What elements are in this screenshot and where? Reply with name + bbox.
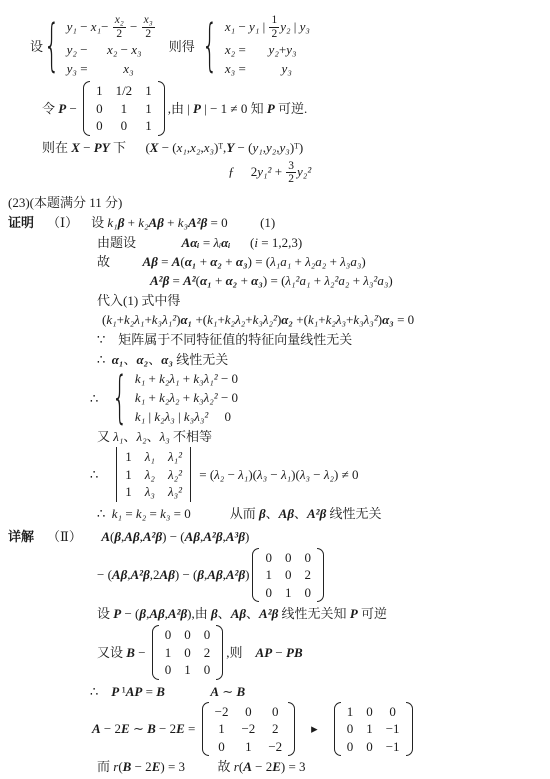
math-variable: β [259,506,266,521]
math-variable: α₁ [180,312,192,327]
math-variable: k₃ [253,312,263,327]
math-variable: E [121,721,130,736]
math-variable: x₂ [115,14,124,26]
math-variable: α₃ [236,254,248,269]
system-line: x₃ = y₃ [225,60,310,78]
matrix-cell: 0 [347,720,354,738]
math-variable: λ₂ [145,467,155,482]
fraction: x₂2 [113,14,126,40]
math-variable: λ₂ [235,312,245,327]
matrix-cell: 1 [145,100,152,118]
rank-matrices-row: A − 2E ∼ B − 2E = −2001−2201−2 ▸ 10001−1… [4,702,546,757]
matrix-cell: −2 [268,738,282,756]
math-variable: y₂ [280,18,290,36]
math-text: 又设 B − [97,644,149,661]
math-variable: B [236,684,245,699]
transform-statement-row: 则在 X − PY 下 (X − (x₁,x₂,x₃)ᵀ,Y − (y₁,y₂,… [4,139,546,156]
math-text: 由题设 Aαᵢ = λᵢαᵢ (i = 1,2,3) [97,234,302,251]
math-variable: k₁ [207,312,217,327]
matrix-cell: 0 [386,703,400,721]
math-variable: x₃ [144,14,153,26]
math-variable: k₁ [308,312,318,327]
math-variable: B [123,759,132,774]
determinant: 1λ₁λ₁²1λ₂λ₂²1λ₃λ₃² [114,447,193,502]
math-variable: x₂ [225,41,235,59]
math-variable: α₃ [161,352,173,367]
math-variable: x₃ [123,60,133,78]
math-variable: λ₃ [336,312,346,327]
math-variable: A [101,529,110,544]
math-text: 又 λ₁、λ₂、λ₃ 不相等 [97,428,212,445]
math-variable: β [193,529,200,544]
math-variable: k₁ [106,312,116,327]
math-variable: αᵢ [190,235,199,250]
math-variable: α₁ [185,254,197,269]
matrix-cell: 0 [304,549,311,567]
matrix-cell: 0 [268,703,282,721]
matrix-cell: 0 [285,566,292,584]
proof-part1-row: 证明 （Ⅰ） 设 k₁β + k₂Aβ + k₃A²β = 0 (1) [4,214,546,231]
math-variable: λ₃² [194,408,208,426]
math-variable: x₃ [204,140,214,155]
math-variable: k₁ [107,215,117,230]
math-variable: a₃ [377,273,388,288]
matrix-cell: 1/2 [116,82,133,100]
matrix-cell: 0 [204,661,211,679]
math-variable: β [216,529,223,544]
math-variable: λ₁ [238,467,248,482]
matrix-cell: 0 [265,549,272,567]
math-variable: X [71,140,80,155]
fraction-numerator: 1 [269,14,279,28]
k-system-row: ∴ {k₁ + k₂λ₁ + k₃λ₁² − 0k₁ + k₂λ₂ + k₃λ₂… [4,370,546,426]
math-variable: λ₃ [300,467,310,482]
combined-equation-row: (k₁+k₂λ₁+k₃λ₁²)α₁ +(k₁+k₂λ₂+k₃λ₂²)α₂ +(k… [4,311,546,328]
system-line: k₁ + k₂λ₂ + k₃λ₂² − 0 [135,389,238,407]
document-page: 设{y₁ − x₁− x₂2 − x₃2y₂ − x₂ − x₃y₃ = x₃ … [0,0,550,775]
matrix-cell: −1 [386,738,400,756]
matrix-cell: 0 [347,738,354,756]
matrix-cell: 0 [265,584,272,602]
math-text: 令 P − [42,100,80,117]
math-variable: x₃ [131,41,141,59]
matrix-grid: 11/21011001 [90,81,158,136]
matrix-cell: 0 [184,626,191,644]
math-variable: P [113,606,121,621]
matrix-paren-right [216,625,223,680]
math-variable: β [155,529,162,544]
matrix-paren-left [252,548,259,603]
determinant-bar-right [190,447,191,502]
matrix-cell: −1 [386,720,400,738]
math-variable: A [185,529,194,544]
a2-beta-row: A²β = A²(α₁ + α₂ + α₃) = (λ₁²a₁ + λ₂²a₂ … [4,272,546,289]
math-variable: A² [203,529,216,544]
fraction-numerator: x₃ [142,14,155,28]
math-variable: A [279,506,288,521]
substitution-systems-row: 设{y₁ − x₁− x₂2 − x₃2y₂ − x₂ − x₃y₃ = x₃ … [4,14,546,78]
equation-system: {y₁ − x₁− x₂2 − x₃2y₂ − x₂ − x₃y₃ = x₃ [43,14,156,78]
solution-part2-row: 详解 （Ⅱ） A(β,Aβ,A²β) − (Aβ,A²β,A³β) [4,528,546,545]
system-rows: x₁ − y₁ | 12y₂ | y₃x₂ = y₂+y₃x₃ = y₃ [221,14,310,78]
math-variable: r [113,759,118,774]
matrix-cell: 1 [165,644,172,662]
matrix-cell: 1 [184,661,191,679]
system-brace: { [44,18,60,74]
math-variable: x₃ [225,60,235,78]
matrix-cell: 0 [215,738,229,756]
matrix-product-row: − (Aβ,A²β,2Aβ) − (β,Aβ,A²β)000102010 [4,548,546,603]
matrix-paren-right [288,702,295,757]
math-text: 则得 [156,38,202,55]
matrix-cell: 1 [366,720,373,738]
math-variable: B [156,684,165,699]
math-variable: k₂ [159,370,169,388]
math-variable: B [147,721,156,736]
math-variable: α₂ [226,273,238,288]
math-text: = (λ₂ − λ₁)(λ₃ − λ₁)(λ₃ − λ₂) ≠ 0 [196,466,358,483]
math-variable: k₁ [135,408,145,426]
math-variable: k₂ [154,408,164,426]
matrix-grid: 000102010 [159,625,217,680]
math-variable: k₃ [193,389,203,407]
math-variable: λ₂ [169,389,179,407]
math-variable: k₁ [135,389,145,407]
math-variable: λ₃ [340,254,350,269]
math-variable: α₁ [200,273,212,288]
math-variable: α₃ [382,312,394,327]
math-variable: β [238,567,245,582]
math-variable: A [207,567,216,582]
math-variable: k₂ [159,389,169,407]
math-variable: λᵢ [213,235,221,250]
math-variable: λ₃ [257,467,267,482]
math-variable: k₁ [135,370,145,388]
math-variable: A [149,215,158,230]
system-line: k₁ + k₂λ₁ + k₃λ₁² − 0 [135,370,238,388]
math-variable: β [133,529,140,544]
lambda-distinct-row: 又 λ₁、λ₂、λ₃ 不相等 [4,428,546,445]
system-line: x₁ − y₁ | 12y₂ | y₃ [225,14,310,40]
matrix-cell: 0 [165,661,172,679]
matrix-cell: 0 [96,117,103,135]
math-variable: λ₂ [214,467,224,482]
determinant-cell: λ₃ [145,483,155,501]
matrix: 11/21011001 [83,81,165,136]
math-variable: β [168,567,175,582]
math-variable: β [320,506,327,521]
matrix-paren-left [202,702,209,757]
math-variable: α₂ [210,254,222,269]
math-variable: A² [168,606,181,621]
fraction-denominator: 2 [286,173,296,186]
math-variable: β [180,606,187,621]
math-variable: y₂ [67,41,77,59]
math-variable: λ₁ [113,429,123,444]
math-variable: β [201,215,208,230]
matrix-cell: 0 [366,703,373,721]
math-variable: A [124,529,133,544]
math-text: （Ⅱ） A(β,Aβ,A²β) − (Aβ,A²β,A³β) [34,528,249,545]
math-text: 证明 [8,214,34,231]
determinant-cell: λ₁ [145,448,155,466]
math-variable: k₂ [326,312,336,327]
system-rows: y₁ − x₁− x₂2 − x₃2y₂ − x₂ − x₃y₃ = x₃ [63,14,156,78]
math-variable: A³ [226,529,239,544]
math-variable: A² [307,506,320,521]
math-variable: A² [259,606,272,621]
system-line: y₁ − x₁− x₂2 − x₃2 [67,14,156,40]
matrix-grid: −2001−2201−2 [209,702,289,757]
determinant-cell: λ₂ [145,466,155,484]
math-variable: αᵢ [221,235,230,250]
math-text: 详解 [8,528,34,545]
math-variable: β [151,254,158,269]
math-variable: A [172,254,181,269]
matrix-cell: 1 [145,82,152,100]
matrix-cell: 1 [145,117,152,135]
math-variable: α₂ [281,312,293,327]
math-variable: β [121,567,128,582]
math-text: 则在 X − PY 下 (X − (x₁,x₂,x₃)ᵀ,Y − (y₁,y₂,… [42,139,303,156]
math-variable: λ₁² [162,312,176,327]
system-brace: { [202,18,218,74]
math-text: 而 r(B − 2E) = 3 故 r(A − 2E) = 3 [97,758,306,775]
math-variable: λ₃² [168,484,182,499]
k-zero-conclusion-row: ∴ k₁ = k₂ = k₃ = 0 从而 β、Aβ、A²β 线性无关 [4,505,546,522]
math-variable: P [58,101,66,116]
math-variable: A [182,235,191,250]
fraction: 12 [269,14,279,40]
substitute-into-1-row: 代入(1) 式中得 [4,292,546,309]
fraction-denominator: 2 [114,28,124,41]
math-variable: λ₁² [168,449,182,464]
matrix-cell: 0 [184,644,191,662]
math-variable: k₂ [225,312,235,327]
math-variable: A [256,645,265,660]
math-variable: β [197,567,204,582]
quadratic-form-result-row: ƒ 2y₁² + 32y₂² [4,160,546,186]
matrix-cell: 0 [285,549,292,567]
math-variable: α₂ [137,352,149,367]
math-text: 代入(1) 式中得 [97,292,180,309]
math-variable: y₃ [286,41,296,59]
system-brace: { [112,370,128,426]
math-variable: A² [131,567,144,582]
math-text: A²β = A²(α₁ + α₂ + α₃) = (λ₁²a₁ + λ₂²a₂ … [150,272,393,289]
math-variable: P [94,140,102,155]
math-variable: A² [183,273,196,288]
math-text: ∴ k₁ = k₂ = k₃ = 0 从而 β、Aβ、A²β 线性无关 [97,505,382,522]
math-text: A − 2E ∼ B − 2E = [92,720,199,737]
matrix-cell: 0 [304,584,311,602]
math-variable: k₂ [124,312,134,327]
math-text: （Ⅰ） 设 k₁β + k₂Aβ + k₃A²β = 0 (1) [34,214,275,231]
math-variable: β [211,606,218,621]
math-variable: y₁ [249,18,259,36]
math-variable: y₃ [67,60,77,78]
math-variable: E [152,759,161,774]
math-variable: λ₂ [136,429,146,444]
math-variable: λ₂² [324,273,338,288]
matrix-cell: 0 [96,100,103,118]
therefore-alpha-row: ∴ α₁、α₂、α₃ 线性无关 [4,351,546,368]
math-variable: a₁ [299,273,310,288]
matrix-paren-right [158,81,165,136]
a-beta-row: 故 Aβ = A(α₁ + α₂ + α₃) = (λ₁a₁ + λ₂a₂ + … [4,253,546,270]
math-variable: A [143,254,152,269]
math-variable: i [254,235,258,250]
math-text: ∵ 矩阵属于不同特征值的特征向量线性无关 [97,331,352,348]
math-variable: E [176,721,185,736]
math-variable: x₂ [190,140,200,155]
vandermonde-determinant-row: ∴ 1λ₁λ₁²1λ₂λ₂²1λ₃λ₃² = (λ₂ − λ₁)(λ₃ − λ₁… [4,447,546,502]
math-variable: B [294,645,303,660]
math-variable: λ₂² [204,389,218,407]
math-variable: y₃ [282,60,292,78]
matrix-paren-left [152,625,159,680]
math-variable: λ₁ [281,467,291,482]
math-variable: y₁ [67,18,77,36]
math-variable: λ₁² [204,370,218,388]
math-variable: λ₂ [305,254,315,269]
math-variable: λ₂² [168,467,182,482]
math-variable: λ₃² [364,312,378,327]
matrix-paren-right [317,548,324,603]
problem-23-header-row: (23)(本题满分 11 分) [4,194,546,211]
matrix-cell: 0 [366,738,373,756]
determinant-cell: λ₂² [168,466,182,484]
math-variable: β [216,567,223,582]
math-text: − (Aβ,A²β,2Aβ) − (β,Aβ,A²β) [97,566,249,583]
determinant-cell: 1 [125,466,132,484]
math-variable: y₃ [280,140,290,155]
math-variable: a₂ [338,273,349,288]
math-variable: k₂ [138,215,148,230]
math-variable: β [239,606,246,621]
math-variable: A² [150,273,163,288]
determinant-grid: 1λ₁λ₁²1λ₂λ₂²1λ₃λ₃² [119,447,188,502]
determinant-cell: λ₃² [168,483,182,501]
math-variable: P [350,606,358,621]
p-invertible-row: 设 P − (β,Aβ,A²β),由 β、Aβ、A²β 线性无关知 P 可逆 [4,605,546,622]
math-variable: a₃ [350,254,361,269]
because-row: ∵ 矩阵属于不同特征值的特征向量线性无关 [4,331,546,348]
math-variable: y₂ [266,140,276,155]
math-variable: P [193,101,201,116]
math-variable: λ₂² [263,312,277,327]
matrix-cell: 2 [204,644,211,662]
math-variable: λ₁ [169,370,179,388]
math-text: ∴ [90,390,111,407]
b-definition-row: 又设 B − 000102010,则 AP − PB [4,625,546,680]
determinant-cell: λ₁² [168,448,182,466]
matrix-cell: 1 [241,738,255,756]
math-variable: P [134,684,142,699]
matrix-paren-left [83,81,90,136]
matrix-cell: 1 [215,720,229,738]
math-variable: A [149,606,158,621]
math-variable: k₃ [184,408,194,426]
matrix-cell: −2 [215,703,229,721]
math-variable: λ₃ [165,408,175,426]
matrix-cell: 2 [304,566,311,584]
math-variable: k₃ [193,370,203,388]
matrix-cell: 1 [116,100,133,118]
math-variable: P [264,645,272,660]
math-variable: a₂ [315,254,326,269]
math-variable: β [287,506,294,521]
math-text: ∴ P ¹AP = B A ∼ B [90,683,245,700]
math-variable: x₁ [225,18,235,36]
math-variable: A [112,567,121,582]
math-variable: β [272,606,279,621]
math-variable: λ₁ [145,449,155,464]
math-variable: λ₁ [134,312,144,327]
math-variable: x₂ [107,41,117,59]
matrix-grid: 000102010 [259,548,317,603]
fraction-numerator: 3 [286,160,296,174]
matrix: 000102010 [252,548,324,603]
math-variable: A² [188,215,201,230]
similarity-row: ∴ P ¹AP = B A ∼ B [4,683,546,700]
math-variable: y₂² [297,164,311,179]
matrix-cell: 1 [347,703,354,721]
matrix-cell: 1 [285,584,292,602]
math-variable: k₃ [178,215,188,230]
math-variable: a₁ [280,254,291,269]
math-variable: β [238,529,245,544]
matrix: 000102010 [152,625,224,680]
system-line: k₁ | k₂λ₃ | k₃λ₃² 0 [135,408,238,426]
matrix-p-definition-row: 令 P − 11/21011001,由 | P | − 1 ≠ 0 知 P 可逆… [4,81,546,136]
math-variable: ƒ [228,164,235,179]
matrix-cell: 0 [204,626,211,644]
math-variable: Y [102,140,110,155]
math-variable: α₃ [251,273,263,288]
math-variable: P [111,684,119,699]
determinant-bar-left [116,447,117,502]
matrix-cell: −2 [241,720,255,738]
math-variable: B [126,645,135,660]
fraction: x₃2 [142,14,155,40]
math-variable: k₁ [112,506,122,521]
math-variable: y₃ [300,18,310,36]
rank-conclusion-row: 而 r(B − 2E) = 3 故 r(A − 2E) = 3 [4,758,546,775]
math-variable: P [267,101,275,116]
system-line: y₃ = x₃ [67,60,156,78]
math-variable: y₁² [257,164,271,179]
math-variable: k₃ [152,312,162,327]
math-variable: A [160,567,169,582]
math-variable: λ₁ [270,254,280,269]
math-variable: A [243,759,252,774]
matrix-cell: 1 [96,82,103,100]
math-text: ∴ [90,466,111,483]
math-variable: λ₃ [160,429,170,444]
matrix-grid: 10001−100−1 [341,702,406,757]
math-variable: k₂ [136,506,146,521]
matrix-cell: 2 [268,720,282,738]
math-variable: β [158,606,165,621]
math-text: 故 Aβ = A(α₁ + α₂ + α₃) = (λ₁a₁ + λ₂a₂ + … [97,253,366,270]
fraction-denominator: 2 [269,28,279,41]
matrix-cell: 0 [116,117,133,135]
math-variable: A² [143,529,156,544]
fraction-numerator: x₂ [113,14,126,28]
math-variable: β [114,529,121,544]
given-eigen-row: 由题设 Aαᵢ = λᵢαᵢ (i = 1,2,3) [4,234,546,251]
